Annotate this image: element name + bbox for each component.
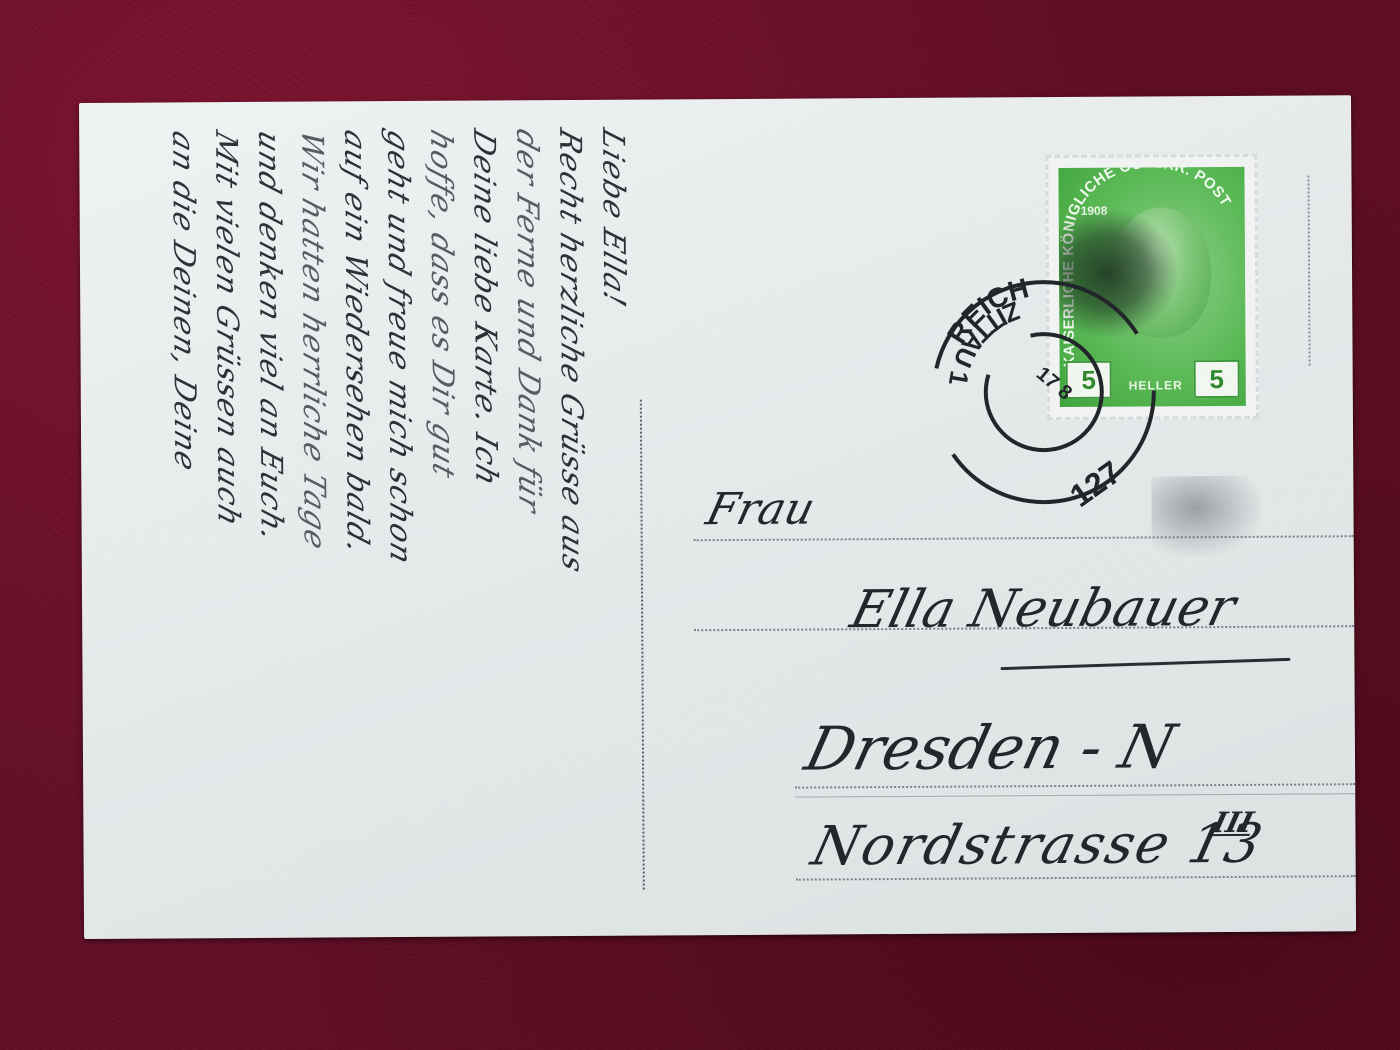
message-area: Liebe Ella! Recht herzliche Grüsse aus d… bbox=[79, 100, 644, 939]
ink-smudge bbox=[1151, 476, 1261, 557]
postcard: Liebe Ella! Recht herzliche Grüsse aus d… bbox=[79, 95, 1356, 939]
address-street: Nordstrasse 13 bbox=[806, 812, 1270, 878]
message-line: und denken viel an Euch. bbox=[247, 125, 295, 919]
message-line: Deine liebe Karte. Ich bbox=[462, 124, 510, 918]
message-line: der Ferne und Dank für bbox=[505, 123, 553, 917]
svg-text:127: 127 bbox=[1063, 454, 1127, 514]
message-line: auf ein Wiedersehen bald. bbox=[333, 124, 381, 918]
postmark-circle-icon: REICH ZITTAU 1 127 17 8 bbox=[918, 266, 1170, 518]
message-line: geht und freue mich schon bbox=[376, 124, 424, 918]
message-line: Mit vielen Grüssen auch bbox=[204, 125, 252, 919]
message-line: an die Deinen, Deine bbox=[161, 126, 209, 920]
address-line-3b bbox=[795, 793, 1355, 797]
stamp-placement-box bbox=[1259, 175, 1310, 365]
name-underline bbox=[1000, 658, 1290, 670]
postmark: REICH ZITTAU 1 127 17 8 bbox=[918, 266, 1170, 518]
address-salutation: Frau bbox=[701, 483, 820, 535]
stamp-value-right: 5 bbox=[1194, 360, 1240, 398]
message-line: Recht herzliche Grüsse aus bbox=[548, 123, 596, 917]
handwritten-message: Liebe Ella! Recht herzliche Grüsse aus d… bbox=[84, 110, 644, 933]
message-line: Wir hatten herrliche Tage bbox=[290, 125, 338, 919]
address-name: Ella Neubauer bbox=[845, 578, 1242, 640]
address-floor: III bbox=[1209, 806, 1256, 839]
message-line: Liebe Ella! bbox=[591, 123, 639, 917]
svg-text:17 8: 17 8 bbox=[1032, 363, 1076, 405]
address-city: Dresden - N bbox=[798, 712, 1182, 784]
message-line: hoffe, dass es Dir gut bbox=[419, 124, 467, 918]
